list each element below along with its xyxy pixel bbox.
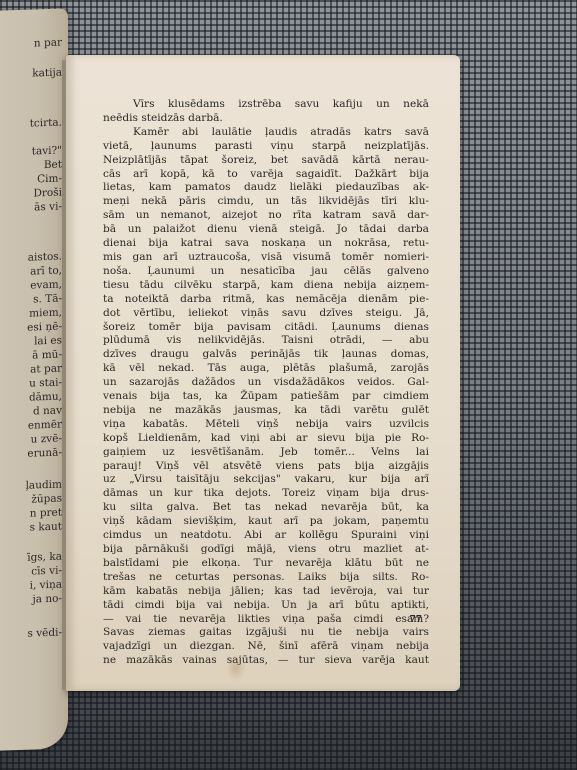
text-line: dienai bija katrai sava noskaņa un nokrā… (103, 237, 429, 251)
text-line: viņš kādam sievišķim, kaut arī pa jokam,… (103, 515, 429, 529)
left-page-line-fragment: ā mū- (32, 348, 62, 361)
left-page-line-fragment: d nav (33, 404, 62, 417)
left-page-line-fragment: u stai- (29, 376, 62, 389)
text-line: meņi nekā pāris cimdu, un tās likvidējās… (103, 195, 429, 209)
text-line: Neizplātījās tāpat šoreiz, bet savādā kā… (103, 154, 429, 168)
text-line: cās arī kopā, kā to varēja sagaidīt. Daž… (103, 168, 429, 182)
left-page-text: n parkatijatcirta.tavi?"BetCim-Drošiās v… (0, 8, 62, 11)
left-page: n parkatijatcirta.tavi?"BetCim-Drošiās v… (0, 8, 68, 751)
text-line: venais bija tas, ka Žūpam patiešām par c… (103, 390, 429, 404)
page-body-text: Vīrs klusēdams izstrēba savu kafiju un n… (103, 98, 429, 668)
text-line: sām un nemanot, aizejot no rīta katram s… (103, 209, 429, 223)
left-page-line-fragment: s kaut (30, 520, 62, 533)
left-page-line-fragment: n pret (30, 506, 62, 519)
right-page: Vīrs klusēdams izstrēba savu kafiju un n… (66, 55, 460, 691)
text-line: gaiņiem uz iesvētīšanām. Jeb tomēr... Ve… (103, 446, 429, 460)
text-line: trešas ne ceturtas personas. Laiks bija … (103, 571, 429, 585)
left-page-line-fragment: cīs vi- (31, 564, 62, 577)
left-page-line-fragment: īgs, ka (27, 550, 62, 563)
left-page-line-fragment: s. Tā- (33, 292, 62, 305)
text-line: parauj! Viņš vēl atsvētē viens pats bija… (103, 460, 429, 474)
left-page-line-fragment: dāmu, (29, 390, 62, 403)
text-line: Kamēr abi laulātie ļaudis atradās katrs … (103, 126, 429, 140)
text-line: tiesu tādu cilvēku starpā, kam diena neb… (103, 279, 429, 293)
text-line: ne mazākās vainas sajūtas, — tur sieva v… (103, 654, 429, 668)
paper-stain (226, 655, 246, 681)
text-line: Vīrs klusēdams izstrēba savu kafiju un n… (103, 98, 429, 112)
text-line: Savas ziemas gaitas izgājuši nu tie nebi… (103, 626, 429, 640)
text-line: vajadzīgi un diezgan. Nē, šinī afērā viņ… (103, 640, 429, 654)
text-line: bija pārnākuši godīgi mājā, viens otru m… (103, 543, 429, 557)
text-line: viņa kabatās. Mēteli viņš nebija vairs u… (103, 418, 429, 432)
text-line: kā vēl nekad. Tās auga, plētās plašumā, … (103, 362, 429, 376)
text-line: dot vērtību, ieliekot viņās savu dzīves … (103, 307, 429, 321)
page-number: 77 (409, 615, 422, 625)
left-page-line-fragment: miem, (29, 306, 62, 319)
text-line: neēdis steidzās darbā. (103, 112, 429, 126)
text-line: noša. Ļaunumi un nesaticība jau cēlās ga… (103, 265, 429, 279)
text-line: kām kabatās nebija jālien; kas tad ievēr… (103, 585, 429, 599)
left-page-line-fragment: enmēr (28, 418, 62, 431)
left-page-line-fragment: tcirta. (30, 116, 62, 129)
left-page-line-fragment: Droši (33, 186, 62, 199)
left-page-line-fragment: i, viņa (30, 578, 62, 591)
text-line: cimdus un neatdotu. Abi ar kollēgu Spura… (103, 529, 429, 543)
text-line: plūdumā vis nelikvidējās. Taisni otrādi,… (103, 334, 429, 348)
text-line: kopš Lieldienām, kad viņi abi ar sievu b… (103, 432, 429, 446)
text-line: mis gan arī uztraucoša, visā visumā tomē… (103, 251, 429, 265)
left-page-line-fragment: ja no- (33, 592, 63, 605)
text-line: vietā, ļaunums parasti viņu starpā neizp… (103, 140, 429, 154)
text-line: dzīves draugu galvās perinājās tik ļauna… (103, 348, 429, 362)
left-page-line-fragment: at par (30, 362, 62, 375)
left-page-line-fragment: žūpas (31, 492, 62, 505)
left-page-line-fragment: erunā- (27, 446, 62, 459)
text-line: balstīdami pie elkoņa. Tur nevarēja klāt… (103, 557, 429, 571)
left-page-line-fragment: arī to, (30, 264, 62, 277)
left-page-line-fragment: Cim- (37, 172, 62, 185)
left-page-line-fragment: ļaudim (26, 478, 62, 491)
text-line: uz „Virsu taisītāju sekcijas" vakaru, ku… (103, 473, 429, 487)
left-page-line-fragment: aistos. (28, 250, 62, 263)
left-page-line-fragment: esi ņē- (27, 320, 62, 333)
left-page-line-fragment: u zvē- (31, 432, 62, 445)
text-line: ku silta galva. Bet tas nekad nevarēja b… (103, 501, 429, 515)
left-page-line-fragment: ās vi- (34, 200, 62, 213)
left-page-line-fragment: s vēdi- (28, 626, 63, 639)
text-line: nebija ne mazākās jausmas, ka tādi varēt… (103, 404, 429, 418)
left-page-line-fragment: Bet (44, 158, 62, 171)
left-page-line-fragment: n par (34, 36, 62, 49)
text-line: un sazarojās dažādos un visdažādākos vei… (103, 376, 429, 390)
text-line: — vai tie nevarēja likties viņa paša cim… (103, 613, 429, 627)
text-line: ta noteiktā darba ritmā, kas nemācēja di… (103, 293, 429, 307)
left-page-line-fragment: tavi?" (32, 144, 62, 157)
text-line: bā un palaižot dienu vienā steigā. Jo tā… (103, 223, 429, 237)
left-page-line-fragment: lai es (34, 334, 62, 347)
left-page-line-fragment: evam, (30, 278, 62, 291)
text-line: dāmas un kur tika dejots. Toreiz viņam b… (103, 487, 429, 501)
text-line: tādi cimdi bija vai nebija. Un ja arī bū… (103, 599, 429, 613)
text-line: lietas, kam pamatos daudz lielāki piedau… (103, 181, 429, 195)
text-line: šoreiz tomēr bija pavisam citādi. Ļaunum… (103, 321, 429, 335)
left-page-line-fragment: katija (32, 66, 62, 79)
